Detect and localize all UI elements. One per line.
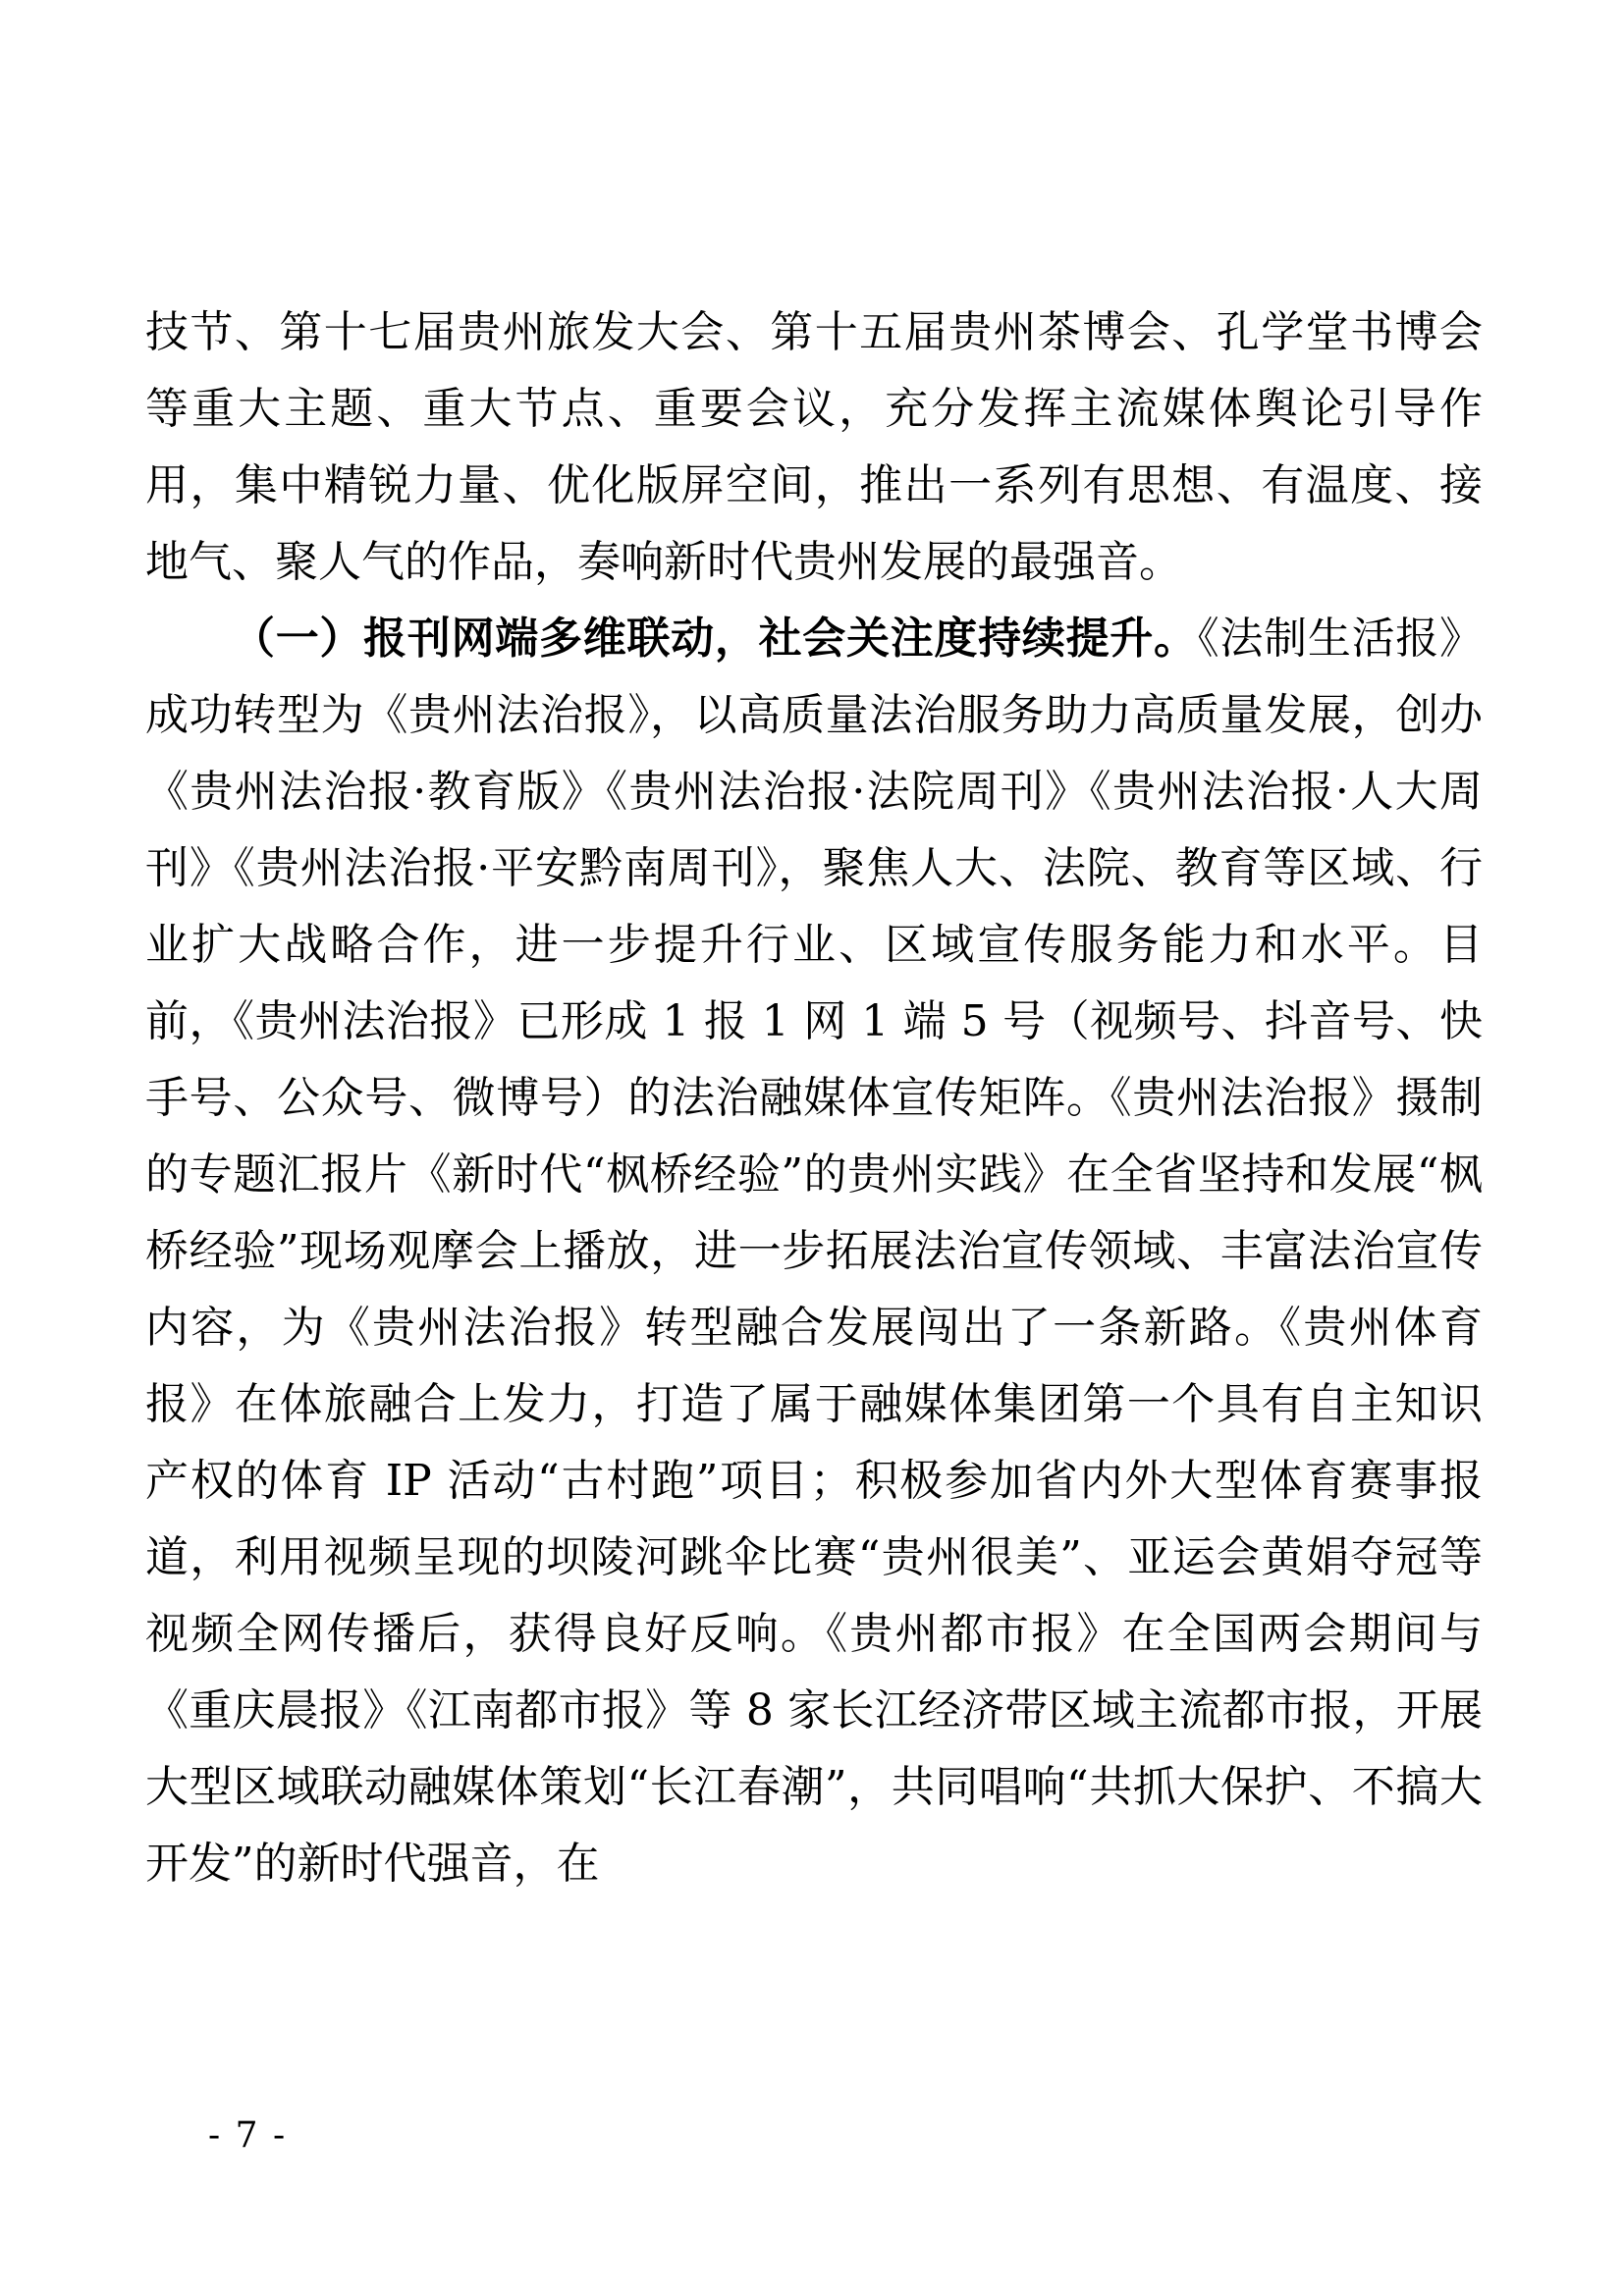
- section-one-heading: （一）报刊网端多维联动，社会关注度持续提升。: [232, 614, 1198, 664]
- document-page: 技节、第十七届贵州旅发大会、第十五届贵州茶博会、孔学堂书博会等重大主题、重大节点…: [0, 0, 1624, 2296]
- paragraph-continuation: 技节、第十七届贵州旅发大会、第十五届贵州茶博会、孔学堂书博会等重大主题、重大节点…: [145, 294, 1483, 601]
- section-one-body: 《法制生活报》成功转型为《贵州法治报》，以高质量法治服务助力高质量发展，创办《贵…: [145, 614, 1483, 1889]
- page-number: - 7 -: [208, 2112, 287, 2160]
- paragraph-section-one: （一）报刊网端多维联动，社会关注度持续提升。《法制生活报》成功转型为《贵州法治报…: [145, 601, 1483, 1902]
- body-text: 技节、第十七届贵州旅发大会、第十五届贵州茶博会、孔学堂书博会等重大主题、重大节点…: [145, 294, 1483, 1902]
